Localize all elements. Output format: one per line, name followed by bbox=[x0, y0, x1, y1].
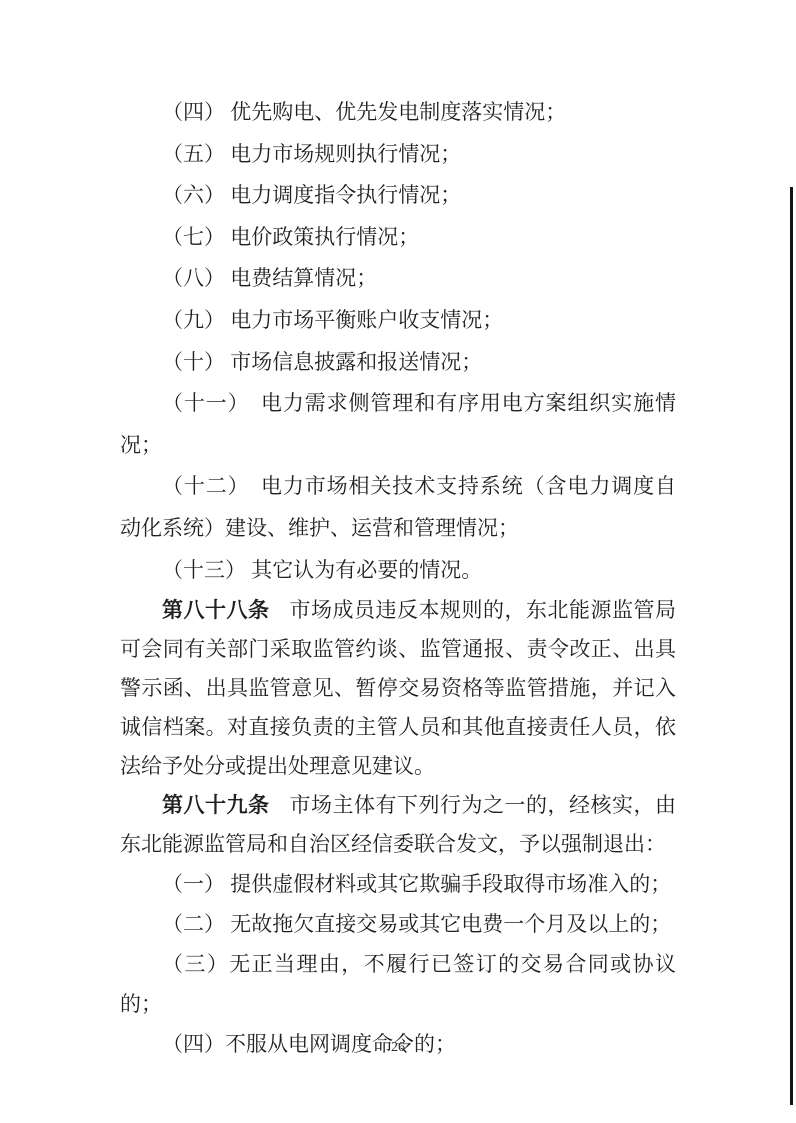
list-item-6: （六） 电力调度指令执行情况； bbox=[120, 175, 676, 217]
list-item-1b: （一） 提供虚假材料或其它欺骗手段取得市场准入的； bbox=[120, 864, 676, 904]
list-item-10: （十） 市场信息披露和报送情况； bbox=[120, 342, 676, 384]
page-number: 26 bbox=[0, 1040, 796, 1056]
list-item-7: （七） 电价政策执行情况； bbox=[120, 217, 676, 259]
document-text-block: （四） 优先购电、优先发电制度落实情况； （五） 电力市场规则执行情况； （六）… bbox=[120, 92, 676, 1064]
list-item-11: （十一） 电力需求侧管理和有序用电方案组织实施情况； bbox=[120, 383, 676, 466]
list-item-8: （八） 电费结算情况； bbox=[120, 258, 676, 300]
article-89-paragraph: 第八十九条市场主体有下列行为之一的，经核实，由东北能源监管局和自治区经信委联合发… bbox=[120, 786, 676, 864]
list-item-4: （四） 优先购电、优先发电制度落实情况； bbox=[120, 92, 676, 134]
list-item-2b: （二） 无故拖欠直接交易或其它电费一个月及以上的； bbox=[120, 904, 676, 944]
article-88-text: 市场成员违反本规则的，东北能源监管局可会同有关部门采取监管约谈、监管通报、责令改… bbox=[120, 598, 676, 778]
list-item-12: （十二） 电力市场相关技术支持系统（含电力调度自动化系统）建设、维护、运营和管理… bbox=[120, 466, 676, 549]
list-item-9: （九） 电力市场平衡账户收支情况； bbox=[120, 300, 676, 342]
list-item-3b: （三）无正当理由，不履行已签订的交易合同或协议的； bbox=[120, 944, 676, 1024]
document-page: （四） 优先购电、优先发电制度落实情况； （五） 电力市场规则执行情况； （六）… bbox=[0, 0, 796, 1123]
article-88-number: 第八十八条 bbox=[162, 598, 270, 622]
list-item-13: （十三） 其它认为有必要的情况。 bbox=[120, 550, 676, 592]
scan-edge-artifact bbox=[790, 187, 793, 1105]
list-item-5: （五） 电力市场规则执行情况； bbox=[120, 134, 676, 176]
article-89-number: 第八十九条 bbox=[162, 793, 270, 817]
article-88-paragraph: 第八十八条市场成员违反本规则的，东北能源监管局可会同有关部门采取监管约谈、监管通… bbox=[120, 591, 676, 786]
